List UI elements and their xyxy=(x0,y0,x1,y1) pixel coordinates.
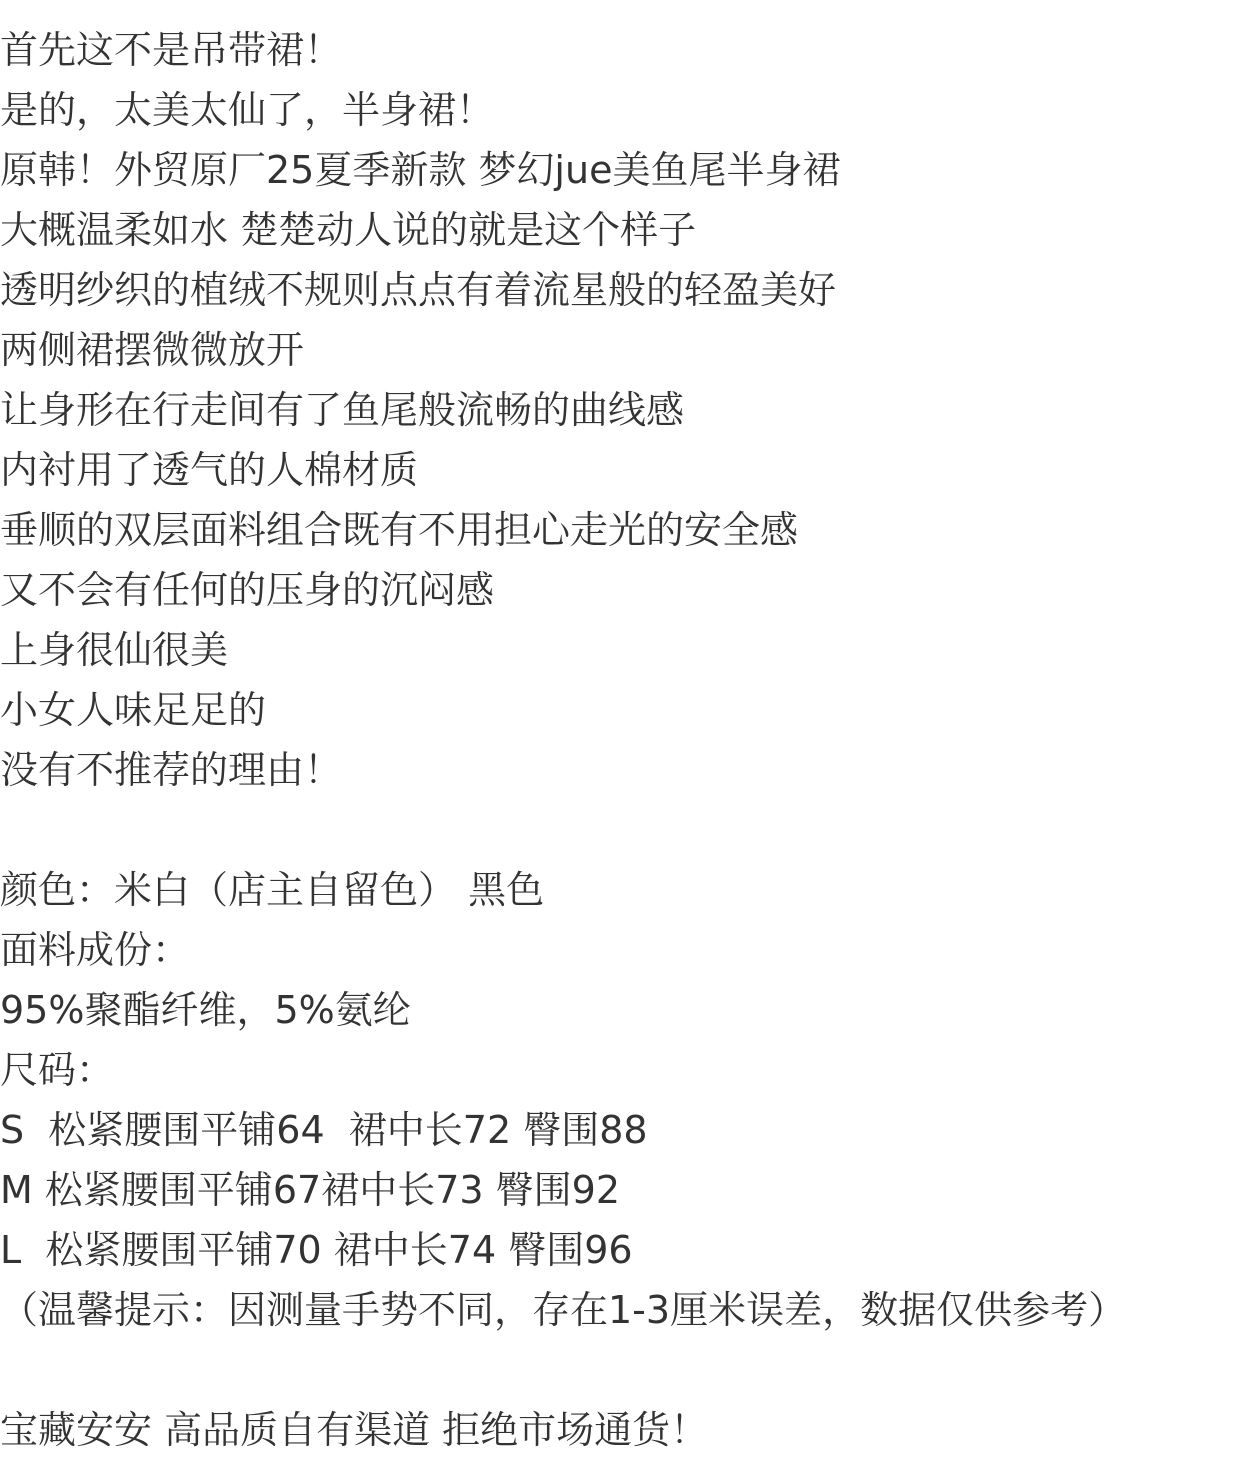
intro-line: 原韩！外贸原厂25夏季新款 梦幻jue美鱼尾半身裙 xyxy=(0,140,1240,200)
intro-line: 垂顺的双层面料组合既有不用担心走光的安全感 xyxy=(0,500,1240,560)
intro-line: 上身很仙很美 xyxy=(0,620,1240,680)
measurement-note: （温馨提示：因测量手势不同，存在1-3厘米误差，数据仅供参考） xyxy=(0,1280,1240,1340)
shop-slogan: 宝藏安安 高品质自有渠道 拒绝市场通货！ xyxy=(0,1400,1240,1460)
intro-line: 内衬用了透气的人棉材质 xyxy=(0,440,1240,500)
fabric-value: 95%聚酯纤维，5%氨纶 xyxy=(0,980,1240,1040)
intro-line: 小女人味足足的 xyxy=(0,680,1240,740)
product-description: 首先这不是吊带裙！ 是的，太美太仙了，半身裙！ 原韩！外贸原厂25夏季新款 梦幻… xyxy=(0,20,1240,1460)
size-row-m: M 松紧腰围平铺67裙中长73 臀围92 xyxy=(0,1160,1240,1220)
intro-line: 没有不推荐的理由！ xyxy=(0,740,1240,800)
intro-line: 透明纱织的植绒不规则点点有着流星般的轻盈美好 xyxy=(0,260,1240,320)
intro-line: 两侧裙摆微微放开 xyxy=(0,320,1240,380)
intro-line: 让身形在行走间有了鱼尾般流畅的曲线感 xyxy=(0,380,1240,440)
spacer xyxy=(0,800,1240,860)
size-label: 尺码： xyxy=(0,1040,1240,1100)
color-spec: 颜色：米白（店主自留色） 黑色 xyxy=(0,860,1240,920)
spacer xyxy=(0,1340,1240,1400)
intro-line: 大概温柔如水 楚楚动人说的就是这个样子 xyxy=(0,200,1240,260)
fabric-label: 面料成份： xyxy=(0,920,1240,980)
intro-line: 是的，太美太仙了，半身裙！ xyxy=(0,80,1240,140)
size-row-s: S 松紧腰围平铺64 裙中长72 臀围88 xyxy=(0,1100,1240,1160)
size-row-l: L 松紧腰围平铺70 裙中长74 臀围96 xyxy=(0,1220,1240,1280)
intro-line: 又不会有任何的压身的沉闷感 xyxy=(0,560,1240,620)
intro-line: 首先这不是吊带裙！ xyxy=(0,20,1240,80)
